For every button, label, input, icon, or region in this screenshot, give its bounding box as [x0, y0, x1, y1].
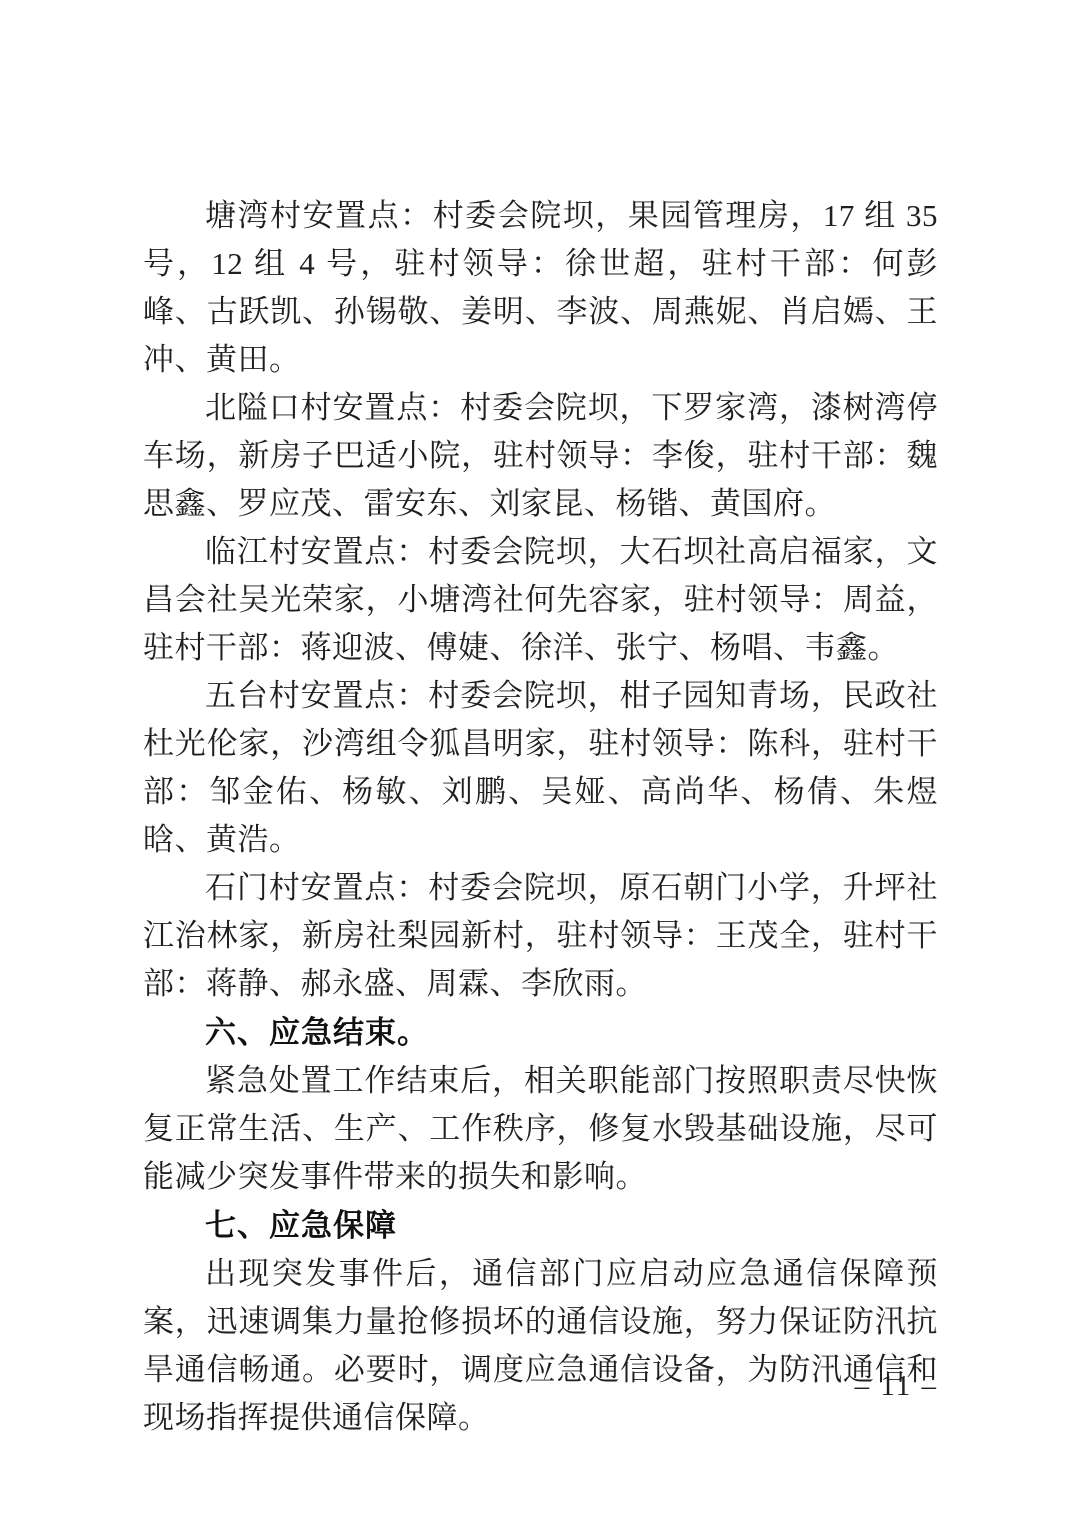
paragraph-wutai-village-shelter: 五台村安置点：村委会院坝，柑子园知青场，民政社杜光伦家，沙湾组令狐昌明家，驻村领… [143, 672, 938, 864]
page-number: – 11 – [143, 1366, 938, 1406]
paragraph-emergency-end-body: 紧急处置工作结束后，相关职能部门按照职责尽快恢复正常生活、生产、工作秩序，修复水… [143, 1057, 938, 1201]
paragraph-tangwan-village-shelter: 塘湾村安置点：村委会院坝，果园管理房，17 组 35 号，12 组 4 号，驻村… [143, 192, 938, 384]
paragraph-emergency-support-body: 出现突发事件后，通信部门应启动应急通信保障预案，迅速调集力量抢修损坏的通信设施，… [143, 1250, 938, 1442]
paragraph-beiaikou-village-shelter: 北隘口村安置点：村委会院坝，下罗家湾，漆树湾停车场，新房子巴适小院，驻村领导：李… [143, 384, 938, 528]
document-body: 塘湾村安置点：村委会院坝，果园管理房，17 组 35 号，12 组 4 号，驻村… [143, 192, 938, 1442]
section-heading-7-emergency-support: 七、应急保障 [143, 1201, 938, 1250]
paragraph-linjiang-village-shelter: 临江村安置点：村委会院坝，大石坝社高启福家，文昌会社吴光荣家，小塘湾社何先容家，… [143, 528, 938, 672]
paragraph-shimen-village-shelter: 石门村安置点：村委会院坝，原石朝门小学，升坪社江治林家，新房社梨园新村，驻村领导… [143, 864, 938, 1008]
section-heading-6-emergency-end: 六、应急结束。 [143, 1008, 938, 1057]
document-page: 塘湾村安置点：村委会院坝，果园管理房，17 组 35 号，12 组 4 号，驻村… [0, 0, 1074, 1520]
